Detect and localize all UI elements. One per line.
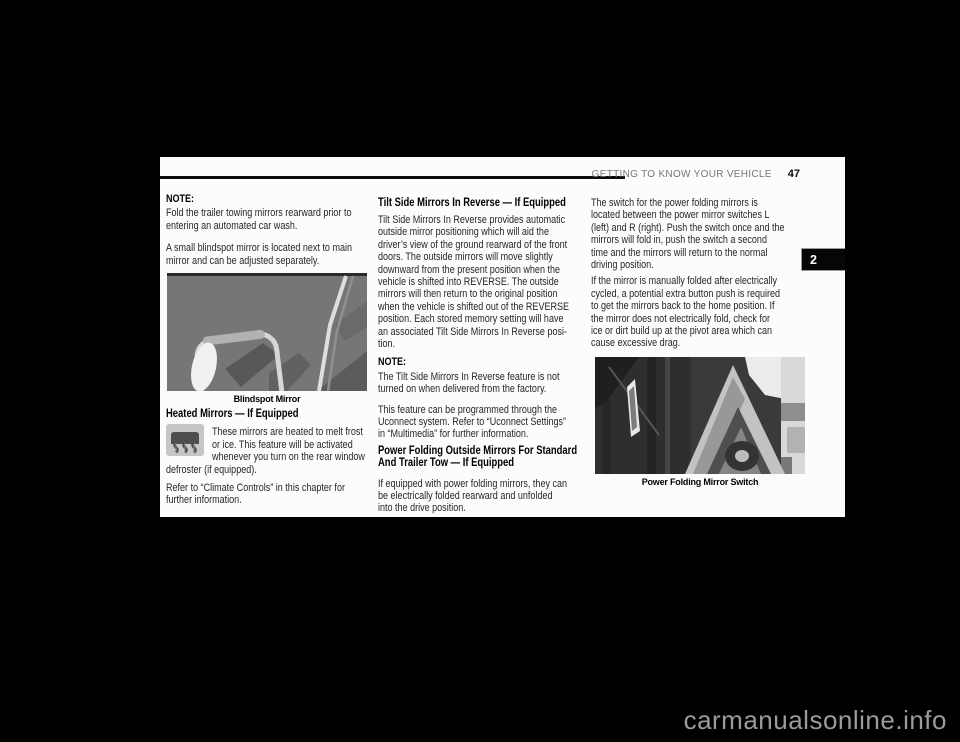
- manual-fold-text: If the mirror is manually folded after e…: [591, 275, 807, 349]
- page-header: GETTING TO KNOW YOUR VEHICLE 47: [592, 168, 800, 180]
- watermark-link[interactable]: carmanualsonline.info: [684, 705, 947, 736]
- power-folding-text: If equipped with power folding mirrors, …: [378, 478, 586, 515]
- note-text: Fold the trailer towing mirrors rearward…: [166, 207, 368, 232]
- climate-text: Refer to “Climate Controls” in this chap…: [166, 482, 368, 507]
- tilt-heading: Tilt Side Mirrors In Reverse — If Equipp…: [378, 197, 586, 209]
- heated-mirror-defrost-icon: [166, 424, 204, 456]
- manual-page: GETTING TO KNOW YOUR VEHICLE 47 2 NOTE: …: [160, 157, 845, 517]
- heated-mirrors-heading: Heated Mirrors — If Equipped: [166, 408, 368, 420]
- left-column: NOTE: Fold the trailer towing mirrors re…: [166, 193, 368, 507]
- note-label: NOTE:: [166, 193, 368, 205]
- note-text: The Tilt Side Mirrors In Reverse feature…: [378, 371, 586, 396]
- power-switch-figure: Power Folding Mirror Switch: [595, 357, 805, 487]
- blindspot-text: A small blindspot mirror is located next…: [166, 242, 368, 267]
- heated-text-below-icon: defroster (if equipped).: [166, 464, 368, 476]
- switch-text: The switch for the power folding mirrors…: [591, 197, 807, 271]
- middle-column: Tilt Side Mirrors In Reverse — If Equipp…: [378, 197, 586, 515]
- section-title: GETTING TO KNOW YOUR VEHICLE: [592, 169, 772, 180]
- tilt-text: Tilt Side Mirrors In Reverse provides au…: [378, 214, 586, 350]
- chapter-tab: 2: [801, 248, 845, 271]
- power-folding-heading: Power Folding Outside Mirrors For Standa…: [378, 445, 586, 470]
- blindspot-mirror-figure: Blindspot Mirror: [167, 273, 367, 404]
- page-number: 47: [788, 168, 800, 180]
- power-switch-caption: Power Folding Mirror Switch: [595, 477, 805, 487]
- power-folding-mirror-switch-photo: [595, 357, 805, 474]
- blindspot-mirror-photo: [167, 273, 367, 391]
- heated-mirrors-block: These mirrors are heated to melt frost o…: [166, 426, 368, 476]
- blindspot-caption: Blindspot Mirror: [167, 394, 367, 404]
- right-column: The switch for the power folding mirrors…: [591, 197, 807, 487]
- uconnect-text: This feature can be programmed through t…: [378, 404, 586, 441]
- note-label: NOTE:: [378, 356, 586, 368]
- header-rule: [160, 176, 625, 179]
